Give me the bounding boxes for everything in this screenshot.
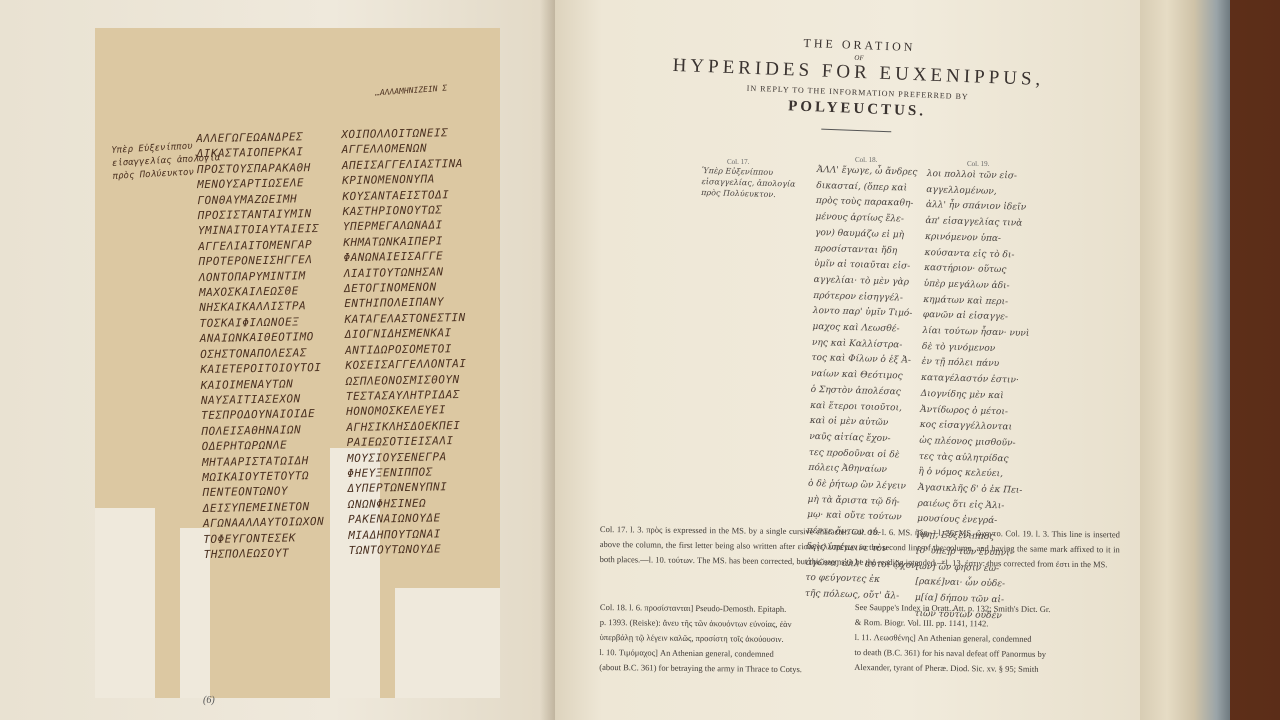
text-line: ΑΓΩΝΑΑΛΛΑΥΤΟΙΩΧΟΝ [203,514,324,532]
text-line: Alexander, tyrant of Pheræ. Diod. Sic. x… [854,660,1139,678]
manuscript-column-b: ΧΟΙΠΟΛΛΟΙΤΩΝΕΙΣΑΓΓΕΛΛΟΜΕΝΩΝΑΠΕΙΣΑΓΓΕΛΙΑΣ… [341,125,470,558]
col-19-heading: Col. 19. [967,160,989,168]
right-page-transcription: THE ORATION OF HYPERIDES FOR EUXENIPPUS,… [555,0,1140,720]
manuscript-column-a: ΑΛΛΕΓΩΓΕΩΑΝΔΡΕΣΔΙΚΑΣΤΑΙΟΠΕΡΚΑΙΠΡΟΣΤΟΥΣΠΑ… [196,129,325,562]
text-line: ΡΑΙΕΩΣΟΤΙΕΙΣΑΛΙ [347,433,468,451]
text-line: ΝΗΣΚΑΙΚΑΛΛΙΣΤΡΑ [199,298,320,316]
text-line: ΚΑΙΕΤΕΡΟΙΤΟΙΟΥΤΟΙ [200,360,321,378]
papyrus-lacuna [95,508,155,698]
text-line: ΜΕΝΟΥΣΑΡΤΙΩΣΕΛΕ [197,175,318,193]
oration-title: THE ORATION OF HYPERIDES FOR EUXENIPPUS,… [596,28,1119,141]
papyrus-lacuna [395,588,500,698]
text-line: ΑΠΕΙΣΑΓΓΕΛΙΑΣΤΙΝΑ [342,156,463,174]
text-line: ΤΕΣΤΑΣΑΥΛΗΤΡΙΔΑΣ [346,387,467,405]
open-book: …ΑΛΛΑΜΗΝΙΖΕΙΝ Σ Υπὲρ Εὐξενίππου εἰσαγγελ… [0,0,1260,720]
text-line: ΚΟΣΕΙΣΑΓΓΕΛΛΟΝΤΑΙ [345,356,466,374]
text-line: ΛΟΝΤΟΠΑΡΥΜΙΝΤΙΜ [199,268,320,286]
textual-footnote: Col. 17. l. 3. πρὸς is expressed in the … [600,522,1120,572]
commentary-left: Col. 18. l. 6. προσίστανται] Pseudo-Demo… [599,600,885,678]
title-rule [821,129,891,133]
text-line: ΤΩΝΤΟΥΤΩΝΟΥΔΕ [349,541,470,559]
text-line: ΤΗΣΠΟΛΕΩΣΟΥΤ [204,545,325,563]
plate-number: (6) [203,695,215,706]
text-line: ΧΟΙΠΟΛΛΟΙΤΩΝΕΙΣ [341,125,462,143]
col-18-heading: Col. 18. [855,156,877,164]
col-17-text: Ὑπὲρ Εὐξενίππουεἰσαγγελίας, ἀπολογίαπρὸς… [701,165,796,201]
text-line: ΜΩΙΚΑΙΟΥΤΕΤΟΥΤΩ [202,468,323,486]
text-line: ΠΡΟΤΕΡΟΝΕΙΣΗΓΓΕΛ [198,252,319,270]
commentary-right: See Sauppe's Index in Oratt. Att. p. 132… [854,600,1140,678]
left-page-facsimile: …ΑΛΛΑΜΗΝΙΖΕΙΝ Σ Υπὲρ Εὐξενίππου εἰσαγγελ… [0,0,555,720]
text-line: ΑΝΑΙΩΝΚΑΙΘΕΟΤΙΜΟ [200,329,321,347]
text-line: ΔΙΟΓΝΙΔΗΣΜΕΝΚΑΙ [345,325,466,343]
text-line: ΤΕΣΠΡΟΔΟΥΝΑΙΟΙΔΕ [201,406,322,424]
text-line: ΚΟΥΣΑΝΤΑΕΙΣΤΟΔΙ [342,187,463,205]
book-page-edges [1140,0,1230,720]
text-line: (about B.C. 361) for betraying the army … [599,660,884,678]
